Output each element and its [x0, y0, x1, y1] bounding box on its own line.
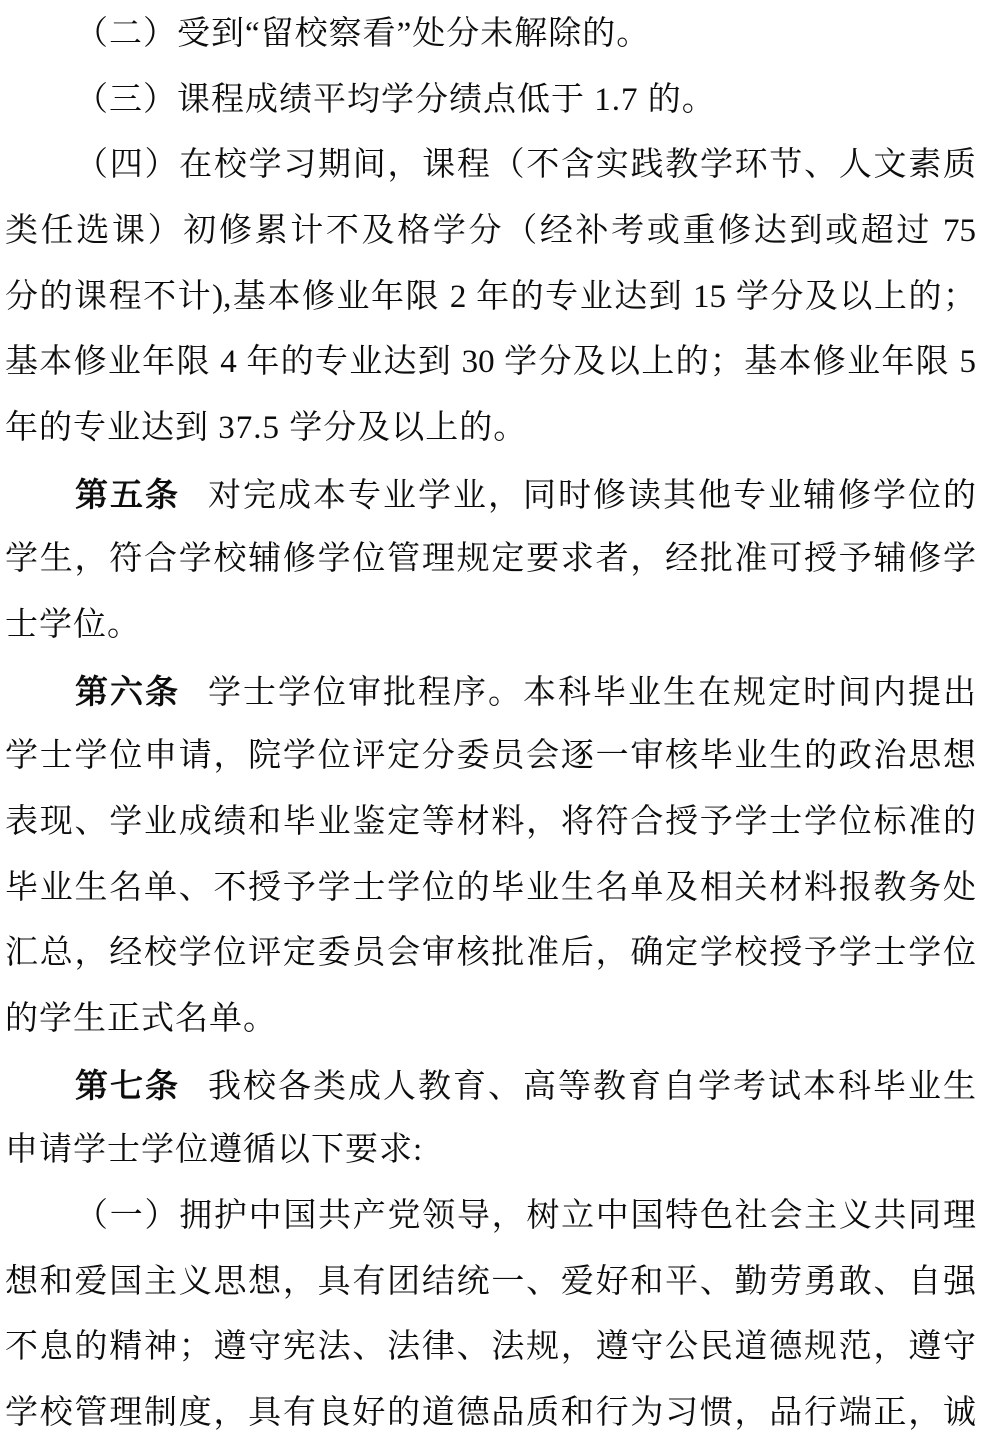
text-line: 学士学位申请，院学位评定分委员会逐一审核毕业生的政治思想	[5, 724, 976, 790]
text-line: 年的专业达到 37.5 学分及以上的。	[5, 396, 976, 462]
line-text: 我校各类成人教育、高等教育自学考试本科毕业生	[208, 1069, 976, 1105]
text-line: （二）受到“留校察看”处分未解除的。	[5, 2, 976, 68]
text-line: （一）拥护中国共产党领导，树立中国特色社会主义共同理	[5, 1184, 976, 1250]
text-line: 汇总，经校学位评定委员会审核批准后，确定学校授予学士学位	[5, 921, 976, 987]
text-line: 的学生正式名单。	[5, 987, 976, 1053]
text-line: 分的课程不计),基本修业年限 2 年的专业达到 15 学分及以上的；	[5, 265, 976, 331]
article-number-heading: 第五条	[75, 476, 180, 513]
text-line: 毕业生名单、不授予学士学位的毕业生名单及相关材料报教务处	[5, 856, 976, 922]
text-line: 表现、学业成绩和毕业鉴定等材料，将符合授予学士学位标准的	[5, 790, 976, 856]
text-line: （三）课程成绩平均学分绩点低于 1.7 的。	[5, 68, 976, 134]
line-text: 学士学位审批程序。本科毕业生在规定时间内提出	[208, 675, 976, 711]
text-line: 类任选课）初修累计不及格学分（经补考或重修达到或超过 75	[5, 199, 976, 265]
text-line: 想和爱国主义思想，具有团结统一、爱好和平、勤劳勇敢、自强	[5, 1250, 976, 1316]
text-line: 基本修业年限 4 年的专业达到 30 学分及以上的；基本修业年限 5	[5, 330, 976, 396]
article-number-heading: 第七条	[75, 1067, 180, 1104]
text-line: 不息的精神；遵守宪法、法律、法规，遵守公民道德规范，遵守	[5, 1315, 976, 1381]
text-line: 第六条学士学位审批程序。本科毕业生在规定时间内提出	[5, 659, 976, 725]
text-line: 学校管理制度，具有良好的道德品质和行为习惯，品行端正，诚	[5, 1381, 976, 1445]
text-line: 第七条我校各类成人教育、高等教育自学考试本科毕业生	[5, 1053, 976, 1119]
text-line: 申请学士学位遵循以下要求:	[5, 1118, 976, 1184]
text-line: 学生，符合学校辅修学位管理规定要求者，经批准可授予辅修学	[5, 527, 976, 593]
article-number-heading: 第六条	[75, 673, 180, 710]
text-line: 士学位。	[5, 593, 976, 659]
line-text: 对完成本专业学业，同时修读其他专业辅修学位的	[208, 478, 976, 514]
text-line: （四）在校学习期间，课程（不含实践教学环节、人文素质	[5, 133, 976, 199]
text-line: 第五条对完成本专业学业，同时修读其他专业辅修学位的	[5, 462, 976, 528]
document-page: （二）受到“留校察看”处分未解除的。 （三）课程成绩平均学分绩点低于 1.7 的…	[0, 0, 1000, 1445]
